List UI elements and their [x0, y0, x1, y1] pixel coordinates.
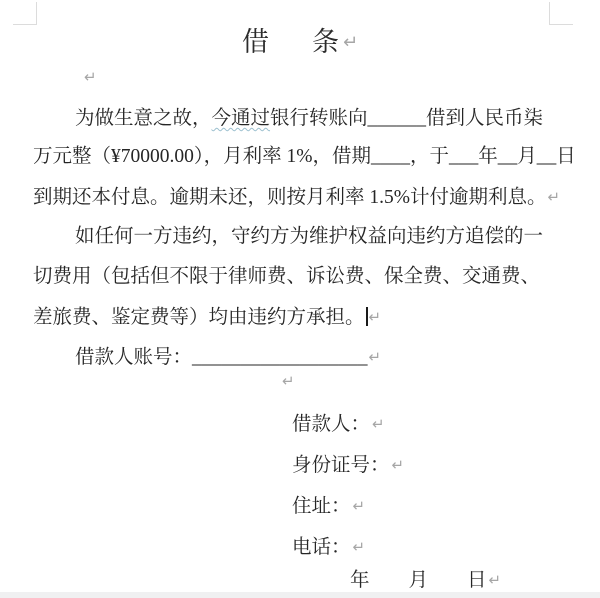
account-label: 借款人账号：	[75, 347, 192, 368]
line3-text: 到期还本付息。逾期未还，则按月利率 1.5%计付逾期利息。	[33, 187, 547, 208]
body-line-1[interactable]: 为做生意之故，今通过银行转账向______借到人民币柒	[33, 107, 543, 131]
paragraph-mark-icon: ↵	[548, 188, 561, 206]
id-label: 身份证号：	[292, 455, 390, 476]
text-boundary-mark-top-left	[13, 2, 37, 25]
paragraph-mark-icon: ↵	[369, 308, 382, 326]
date-line-text: 年 月 日	[350, 570, 487, 591]
signature-date-line[interactable]: 年 月 日↵	[350, 568, 501, 592]
paragraph-mark-icon: ↵	[343, 28, 358, 58]
body-line-6[interactable]: 差旅费、鉴定费等）均由违约方承担。↵	[33, 305, 381, 329]
body-line-4[interactable]: 如任何一方违约，守约方为维护权益向违约方追偿的一	[33, 225, 543, 249]
line2-text: 万元整（¥70000.00），月利率 1%，借期____，于___年__月__日	[33, 146, 576, 167]
grammar-flagged-text: 今通过	[212, 108, 271, 129]
account-blank-field[interactable]: __________________	[192, 347, 368, 368]
paragraph-mark-icon: ↵	[353, 497, 366, 515]
signature-borrower-line[interactable]: 借款人：↵	[292, 412, 385, 436]
line1-pre: 为做生意之故，	[75, 108, 212, 129]
body-line-3[interactable]: 到期还本付息。逾期未还，则按月利率 1.5%计付逾期利息。↵	[33, 185, 560, 209]
text-boundary-mark-top-right	[549, 2, 573, 25]
paragraph-mark-icon: ↵	[353, 538, 366, 556]
phone-label: 电话：	[292, 537, 351, 558]
line6-text: 差旅费、鉴定费等）均由违约方承担。	[33, 307, 365, 328]
body-line-2[interactable]: 万元整（¥70000.00），月利率 1%，借期____，于___年__月__日	[33, 145, 576, 169]
paragraph-mark-icon: ↵	[372, 415, 385, 433]
paragraph-mark-icon: ↵	[489, 571, 502, 589]
paragraph-mark-icon: ↵	[369, 348, 382, 366]
paragraph-mark-icon: ↵	[392, 456, 405, 474]
line1-post: 银行转账向______借到人民币柒	[270, 108, 543, 129]
document-page[interactable]: 借 条↵ ↵ 为做生意之故，今通过银行转账向______借到人民币柒 万元整（¥…	[0, 0, 600, 598]
body-line-5[interactable]: 切费用（包括但不限于律师费、诉讼费、保全费、交通费、	[33, 265, 540, 289]
document-title: 借 条	[242, 26, 347, 58]
line5-text: 切费用（包括但不限于律师费、诉讼费、保全费、交通费、	[33, 266, 540, 287]
paragraph-mark-icon: ↵	[282, 374, 295, 389]
line4-text: 如任何一方违约，守约方为维护权益向违约方追偿的一	[75, 226, 543, 247]
signature-phone-line[interactable]: 电话：↵	[292, 535, 365, 559]
text-cursor	[366, 307, 368, 326]
borrower-label: 借款人：	[292, 414, 370, 435]
signature-id-line[interactable]: 身份证号：↵	[292, 453, 404, 477]
page-bottom-edge	[0, 592, 600, 598]
title-line[interactable]: 借 条↵	[0, 26, 600, 58]
account-line[interactable]: 借款人账号：__________________↵	[33, 345, 381, 369]
signature-address-line[interactable]: 住址：↵	[292, 494, 365, 518]
paragraph-mark-icon: ↵	[84, 70, 97, 85]
address-label: 住址：	[292, 496, 351, 517]
